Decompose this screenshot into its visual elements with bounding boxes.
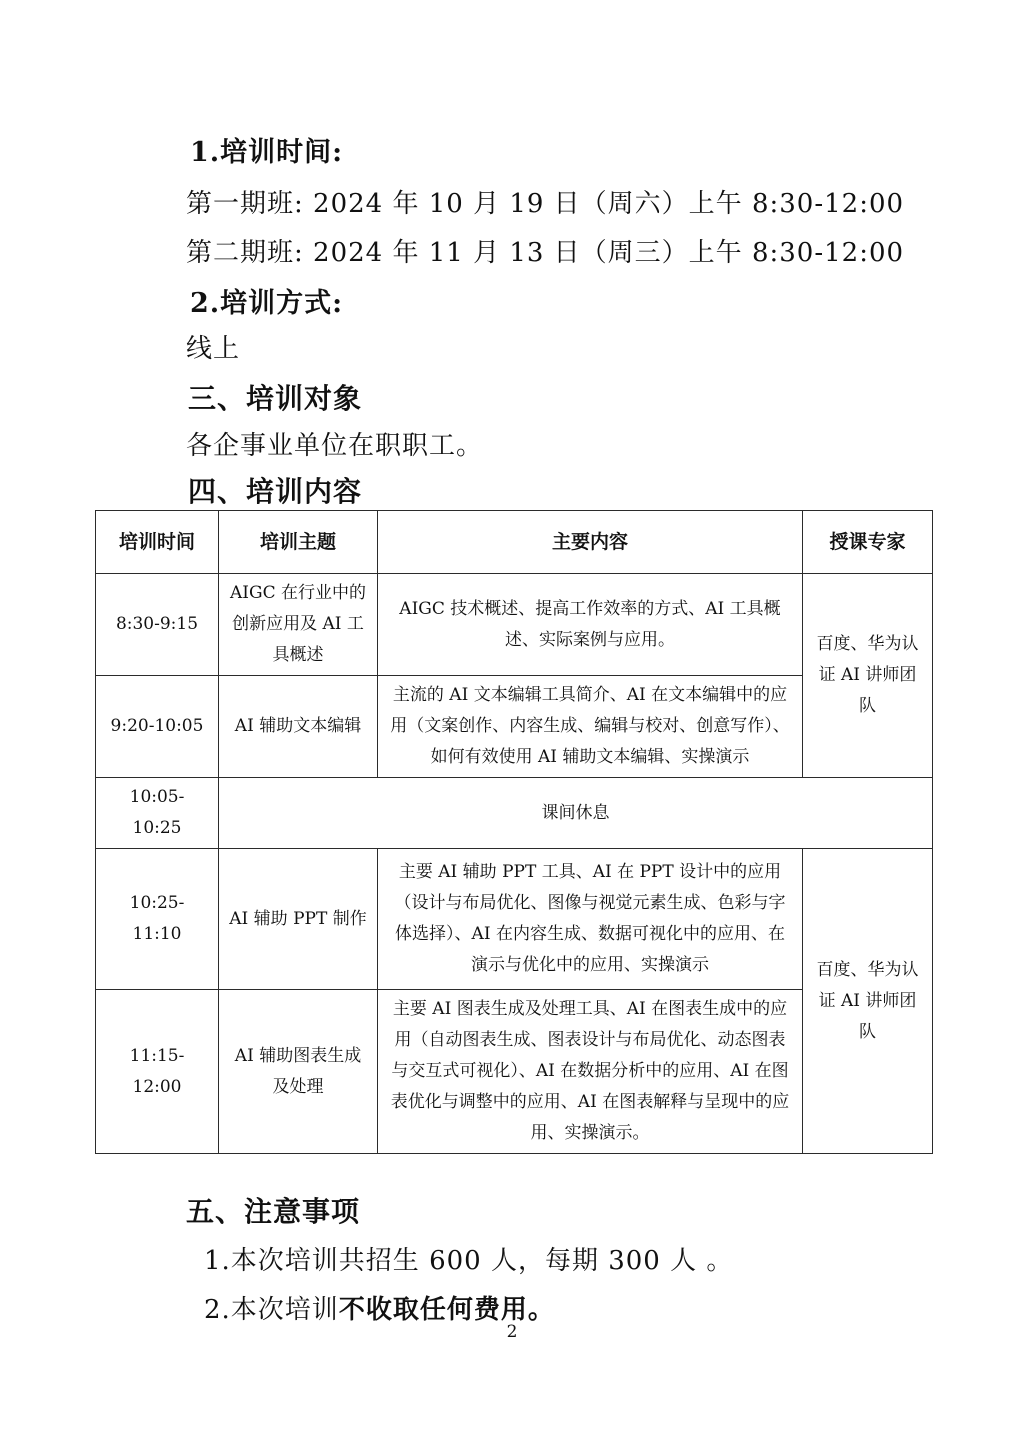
cell-content: 主要 AI 辅助 PPT 工具、AI 在 PPT 设计中的应用（设计与布局优化、… [378, 849, 803, 990]
cell-content: 主流的 AI 文本编辑工具简介、AI 在文本编辑中的应用（文案创作、内容生成、编… [378, 676, 803, 778]
cell-topic: AIGC 在行业中的创新应用及 AI 工具概述 [219, 574, 378, 676]
heading-training-content: 四、培训内容 [188, 470, 362, 510]
table-row: 8:30-9:15 AIGC 在行业中的创新应用及 AI 工具概述 AIGC 技… [96, 574, 933, 676]
col-header-content: 主要内容 [378, 511, 803, 574]
cell-time: 10:05-10:25 [96, 778, 219, 849]
table-row: 10:25-11:10 AI 辅助 PPT 制作 主要 AI 辅助 PPT 工具… [96, 849, 933, 990]
cell-topic: AI 辅助 PPT 制作 [219, 849, 378, 990]
col-header-topic: 培训主题 [219, 511, 378, 574]
document-page: 1.培训时间: 第一期班: 2024 年 10 月 19 日（周六）上午 8:3… [0, 0, 1024, 1448]
schedule-table: 培训时间 培训主题 主要内容 授课专家 8:30-9:15 AIGC 在行业中的… [95, 510, 933, 1154]
col-header-expert: 授课专家 [803, 511, 933, 574]
training-time-session2: 第二期班: 2024 年 11 月 13 日（周三）上午 8:30-12:00 [186, 232, 904, 269]
col-header-time: 培训时间 [96, 511, 219, 574]
training-method-value: 线上 [186, 328, 240, 365]
cell-time: 11:15-12:00 [96, 990, 219, 1154]
cell-break: 课间休息 [219, 778, 933, 849]
cell-expert-group1: 百度、华为认证 AI 讲师团队 [803, 574, 933, 778]
note-enrollment: 1.本次培训共招生 600 人，每期 300 人 。 [204, 1240, 733, 1277]
cell-time: 8:30-9:15 [96, 574, 219, 676]
heading-notes: 五、注意事项 [186, 1190, 360, 1230]
cell-topic: AI 辅助文本编辑 [219, 676, 378, 778]
cell-time: 9:20-10:05 [96, 676, 219, 778]
note-fee-bold: 不收取任何费用。 [339, 1295, 555, 1325]
note-fee: 2.本次培训不收取任何费用。 [204, 1289, 555, 1326]
cell-content: AIGC 技术概述、提高工作效率的方式、AI 工具概述、实际案例与应用。 [378, 574, 803, 676]
heading-training-method: 2.培训方式: [190, 281, 343, 320]
heading-training-target: 三、培训对象 [188, 377, 362, 417]
cell-expert-group2: 百度、华为认证 AI 讲师团队 [803, 849, 933, 1154]
heading-training-time: 1.培训时间: [190, 130, 343, 169]
cell-topic: AI 辅助图表生成及处理 [219, 990, 378, 1154]
training-target-value: 各企事业单位在职职工。 [186, 425, 483, 462]
table-header-row: 培训时间 培训主题 主要内容 授课专家 [96, 511, 933, 574]
cell-time: 10:25-11:10 [96, 849, 219, 990]
training-time-session1: 第一期班: 2024 年 10 月 19 日（周六）上午 8:30-12:00 [186, 183, 904, 220]
table-row-break: 10:05-10:25 课间休息 [96, 778, 933, 849]
note-fee-prefix: 2.本次培训 [204, 1295, 339, 1325]
page-number: 2 [0, 1322, 1024, 1342]
cell-content: 主要 AI 图表生成及处理工具、AI 在图表生成中的应用（自动图表生成、图表设计… [378, 990, 803, 1154]
